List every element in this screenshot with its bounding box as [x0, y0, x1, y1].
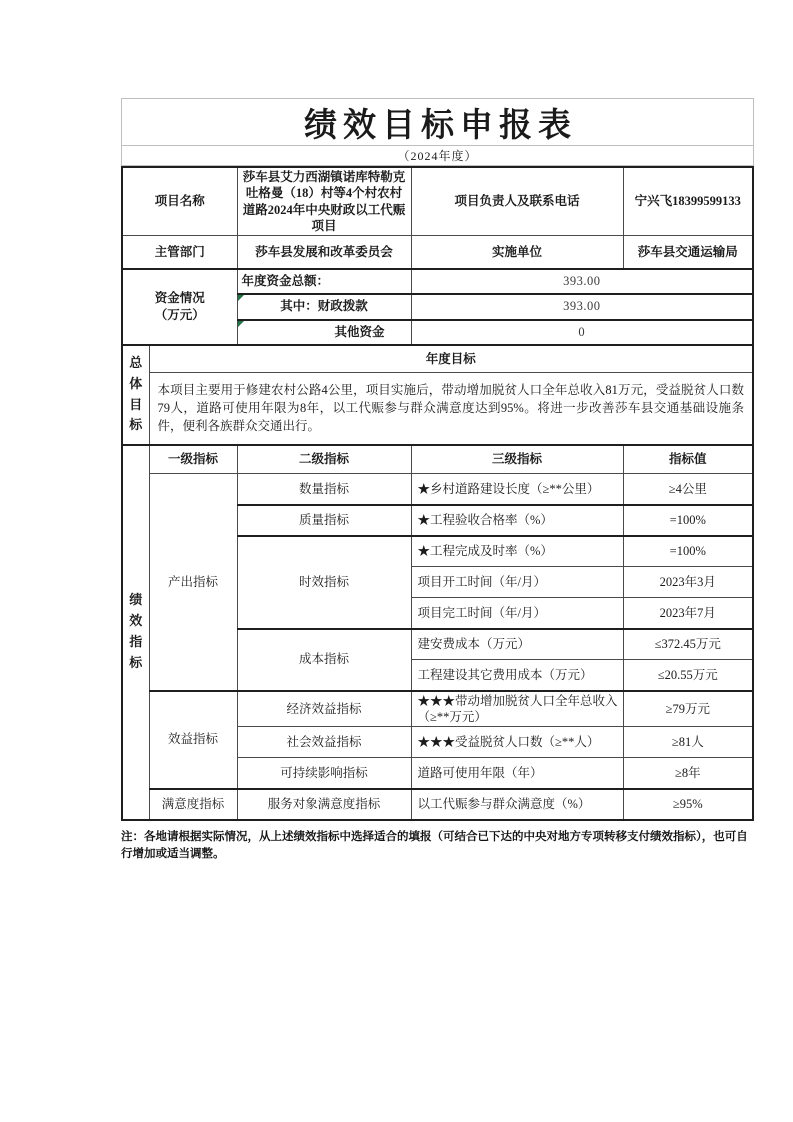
impl-unit-label: 实施单位	[411, 236, 623, 269]
performance-side-label: 绩效指标	[122, 445, 149, 820]
excel-error-marker-icon	[238, 321, 244, 327]
funding-label-line1: 资金情况	[154, 290, 207, 306]
funding-fiscal-label-text: 其中：财政拨款	[280, 299, 368, 313]
indicator-value: =100%	[623, 536, 753, 567]
indicator-value: =100%	[623, 505, 753, 536]
annual-goal-text-row: 本项目主要用于修建农村公路4公里，项目实施后，带动增加脱贫人口全年总收入81万元…	[122, 373, 753, 445]
funding-row-total: 资金情况 （万元） 年度资金总额： 393.00	[122, 269, 753, 294]
indicator-value: ≥81人	[623, 727, 753, 758]
overall-goal-side-label-text: 总体目标	[128, 353, 143, 436]
l2-social: 社会效益指标	[237, 727, 411, 758]
dept-row: 主管部门 莎车县发展和改革委员会 实施单位 莎车县交通运输局	[122, 236, 753, 269]
funding-section-label: 资金情况 （万元）	[122, 269, 237, 345]
funding-fiscal-label: 其中：财政拨款	[237, 294, 411, 320]
l3-indicator: ★★★受益脱贫人口数（≥**人）	[411, 727, 623, 758]
project-name-label: 项目名称	[122, 167, 237, 236]
l3-indicator: 项目开工时间（年/月）	[411, 567, 623, 598]
indicator-value: ≤372.45万元	[623, 629, 753, 660]
overall-goal-side-label: 总体目标	[122, 345, 149, 445]
annual-goal-header: 年度目标	[149, 345, 753, 373]
l3-indicator: ★工程完成及时率（%）	[411, 536, 623, 567]
page-subtitle: （2024年度）	[397, 147, 477, 164]
l2-service-satisfaction: 服务对象满意度指标	[237, 789, 411, 820]
indicator-value: 2023年3月	[623, 567, 753, 598]
funding-other-value: 0	[411, 320, 753, 345]
contact-label: 项目负责人及联系电话	[411, 167, 623, 236]
title-block: 绩效目标申报表 （2024年度）	[121, 98, 754, 166]
project-name-row: 项目名称 莎车县艾力西湖镇诺库特勒克吐格曼（18）村等4个村农村道路2024年中…	[122, 167, 753, 236]
indicator-row: 效益指标 经济效益指标 ★★★带动增加脱贫人口全年总收入（≥**万元） ≥79万…	[122, 691, 753, 727]
l3-indicator: 道路可使用年限（年）	[411, 758, 623, 789]
l2-economic: 经济效益指标	[237, 691, 411, 727]
indicator-value: 2023年7月	[623, 598, 753, 629]
header-level3: 三级指标	[411, 445, 623, 474]
l3-indicator: ★工程验收合格率（%）	[411, 505, 623, 536]
title-row: 绩效目标申报表	[122, 99, 753, 146]
indicator-row: 产出指标 数量指标 ★乡村道路建设长度（≥**公里） ≥4公里	[122, 474, 753, 505]
indicator-value: ≥8年	[623, 758, 753, 789]
indicator-header-row: 绩效指标 一级指标 二级指标 三级指标 指标值	[122, 445, 753, 474]
impl-unit-value: 莎车县交通运输局	[623, 236, 753, 269]
header-level2: 二级指标	[237, 445, 411, 474]
l3-indicator: 项目完工时间（年/月）	[411, 598, 623, 629]
funding-label-line2: （万元）	[154, 307, 207, 323]
annual-goal-text: 本项目主要用于修建农村公路4公里，项目实施后，带动增加脱贫人口全年总收入81万元…	[149, 373, 753, 445]
l2-sustainability: 可持续影响指标	[237, 758, 411, 789]
l1-benefit: 效益指标	[149, 691, 237, 789]
performance-side-label-text: 绩效指标	[128, 590, 143, 673]
project-name-value: 莎车县艾力西湖镇诺库特勒克吐格曼（18）村等4个村农村道路2024年中央财政以工…	[237, 167, 411, 236]
performance-form-table: 项目名称 莎车县艾力西湖镇诺库特勒克吐格曼（18）村等4个村农村道路2024年中…	[121, 166, 754, 821]
l3-indicator: ★乡村道路建设长度（≥**公里）	[411, 474, 623, 505]
indicator-value: ≤20.55万元	[623, 660, 753, 691]
indicator-row: 满意度指标 服务对象满意度指标 以工代赈参与群众满意度（%） ≥95%	[122, 789, 753, 820]
indicator-value: ≥4公里	[623, 474, 753, 505]
l1-satisfaction: 满意度指标	[149, 789, 237, 820]
l1-output: 产出指标	[149, 474, 237, 691]
annual-goal-header-row: 总体目标 年度目标	[122, 345, 753, 373]
subtitle-row: （2024年度）	[122, 146, 753, 165]
funding-total-label: 年度资金总额：	[237, 269, 411, 294]
header-value: 指标值	[623, 445, 753, 474]
contact-value: 宁兴飞18399599133	[623, 167, 753, 236]
funding-total-value: 393.00	[411, 269, 753, 294]
indicator-value: ≥95%	[623, 789, 753, 820]
l2-cost: 成本指标	[237, 629, 411, 691]
dept-value: 莎车县发展和改革委员会	[237, 236, 411, 269]
indicator-value: ≥79万元	[623, 691, 753, 727]
l2-quality: 质量指标	[237, 505, 411, 536]
excel-error-marker-icon	[238, 295, 244, 301]
funding-fiscal-value: 393.00	[411, 294, 753, 320]
funding-other-label-text: 其他资金	[335, 325, 385, 339]
header-level1: 一级指标	[149, 445, 237, 474]
l3-indicator: ★★★带动增加脱贫人口全年总收入（≥**万元）	[411, 691, 623, 727]
l2-timeliness: 时效指标	[237, 536, 411, 629]
funding-other-label: 其他资金	[237, 320, 411, 345]
form-page: 绩效目标申报表 （2024年度） 项目名称 莎车县艾力西湖镇诺库特勒克吐格曼（1…	[121, 98, 754, 863]
dept-label: 主管部门	[122, 236, 237, 269]
l2-quantity: 数量指标	[237, 474, 411, 505]
l3-indicator: 工程建设其它费用成本（万元）	[411, 660, 623, 691]
footnote: 注：各地请根据实际情况，从上述绩效指标中选择适合的填报（可结合已下达的中央对地方…	[121, 829, 754, 864]
page-title: 绩效目标申报表	[298, 99, 577, 146]
l3-indicator: 建安费成本（万元）	[411, 629, 623, 660]
l3-indicator: 以工代赈参与群众满意度（%）	[411, 789, 623, 820]
